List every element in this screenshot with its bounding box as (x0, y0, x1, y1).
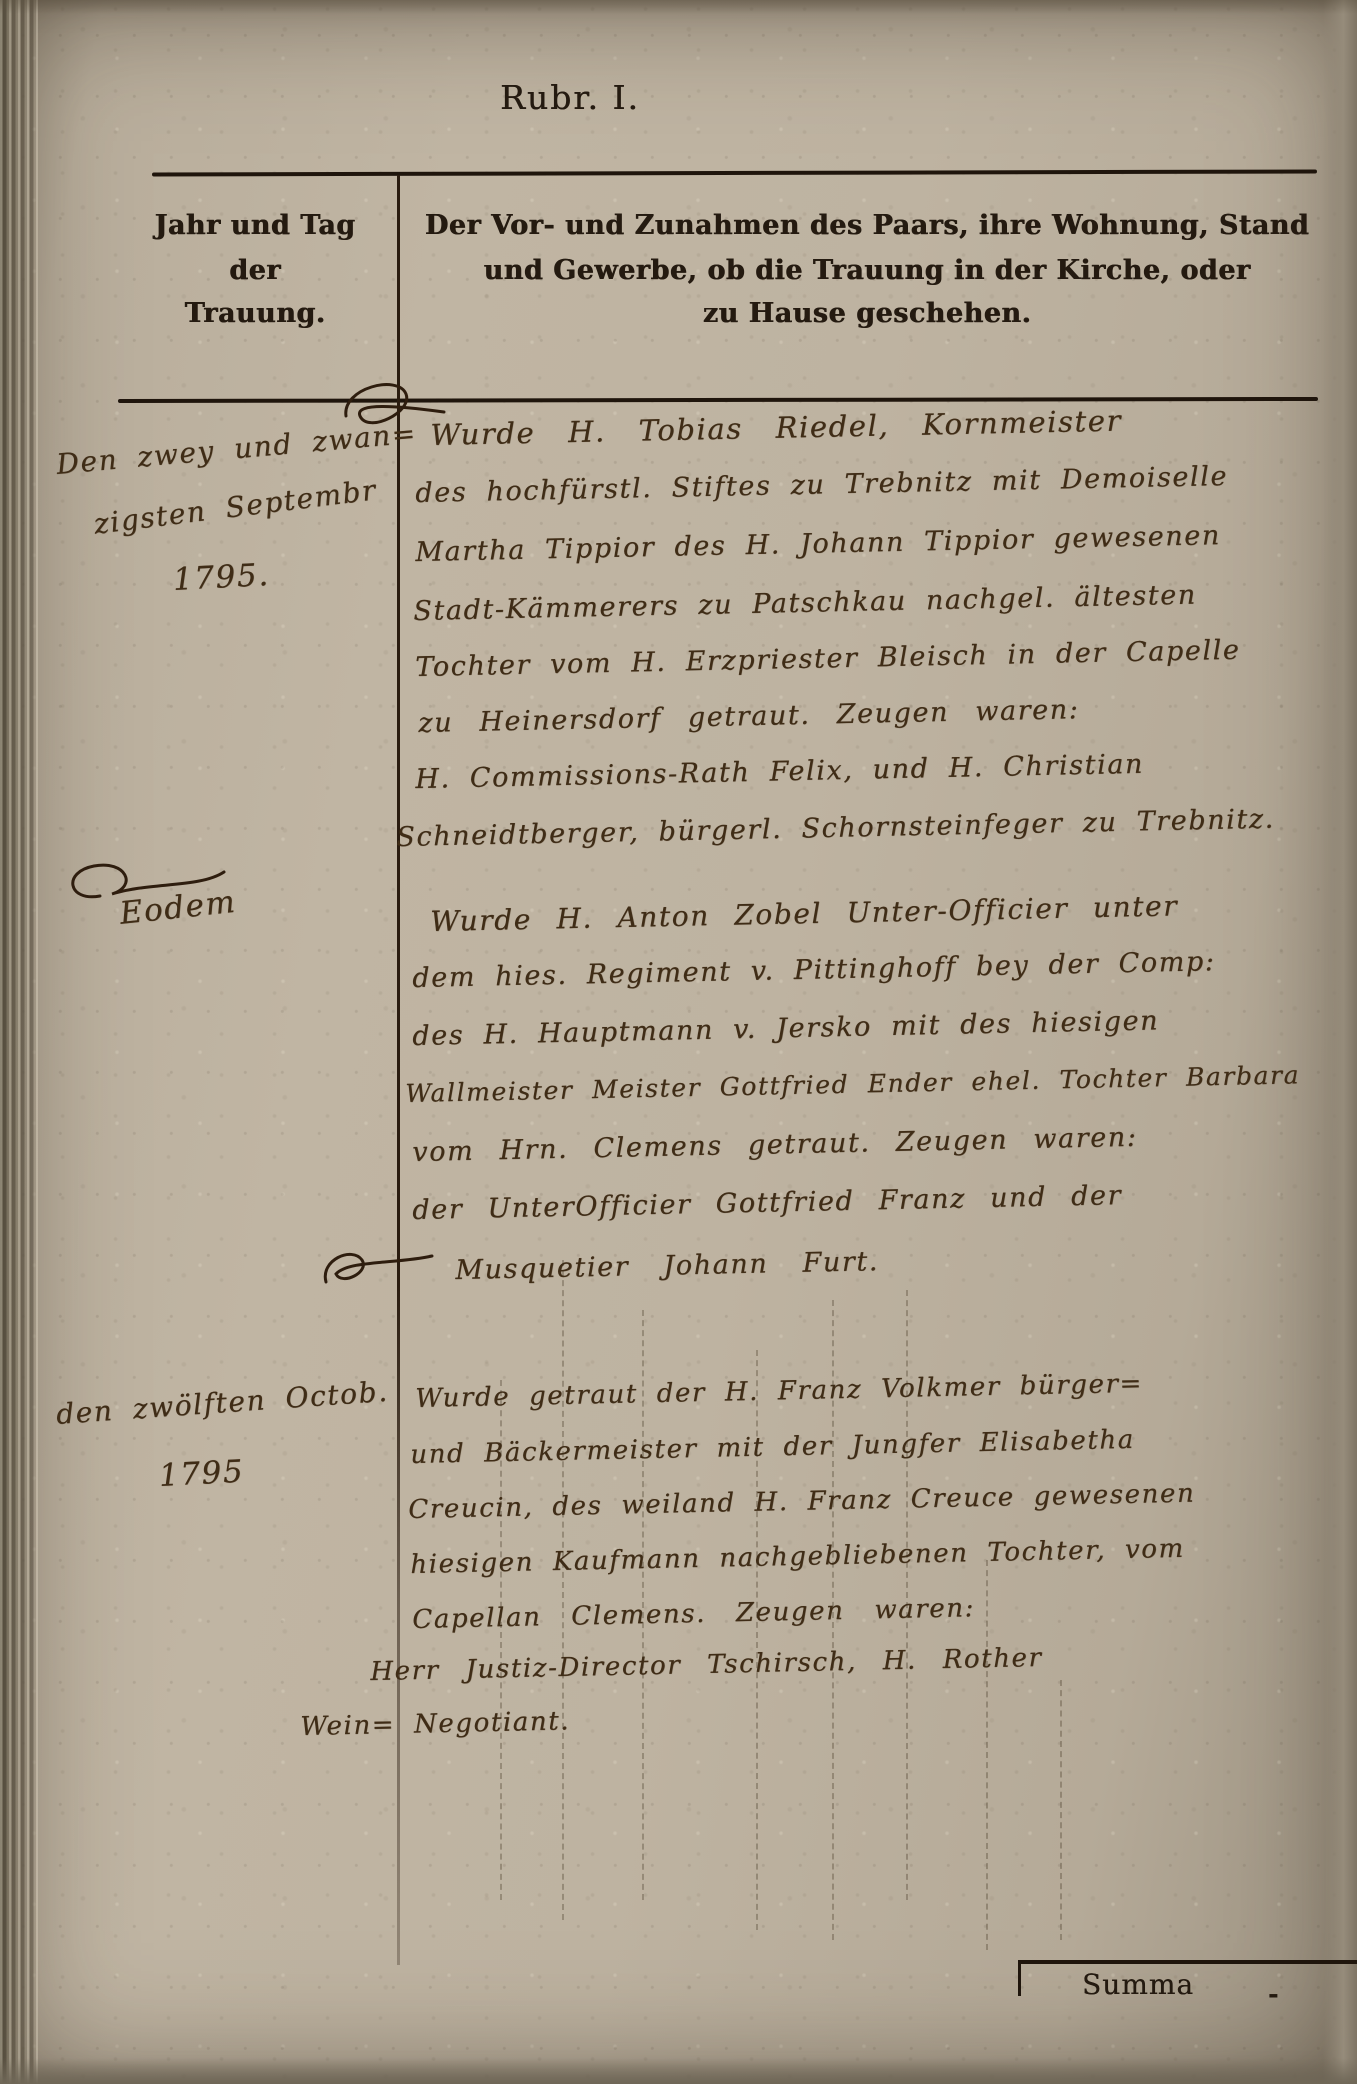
entry-2-body-line: Wurde H. Anton Zobel Unter-Officier unte… (430, 889, 1178, 938)
page-top-edge (0, 0, 1357, 14)
entry-1-body-line: Stadt-Kämmerers zu Patschkau nachgel. äl… (413, 580, 1197, 627)
paper-crease-line (500, 1380, 502, 1900)
paper-crease-line (562, 1260, 564, 1920)
ink-flourish (318, 1242, 438, 1292)
left-column-header-line3: Trauung. (130, 300, 380, 327)
entry-1-date-line: 1795. (172, 557, 271, 598)
entry-2-body-line: vom Hrn. Clemens getraut. Zeugen waren: (412, 1122, 1138, 1168)
paper-crease-line (642, 1310, 644, 1900)
paper-crease-line (1060, 1680, 1062, 1940)
entry-1-body-line: Martha Tippior des H. Johann Tippior gew… (415, 520, 1221, 568)
entry-1-body-line: Schneidtberger, bürgerl. Schornsteinfege… (396, 804, 1275, 853)
page-bottom-edge (0, 2058, 1357, 2084)
entry-2-body-line: Musquetier Johann Furt. (455, 1246, 879, 1286)
right-column-header-line3: zu Hause geschehen. (402, 300, 1332, 327)
summa-rule (1018, 1960, 1357, 1964)
scanned-register-page: Rubr. I. Jahr und Tag der Trauung. Der V… (0, 0, 1357, 2084)
entry-1-date-line: Den zwey und zwan= (55, 416, 418, 480)
entry-1-body-line: Tochter vom H. Erzpriester Bleisch in de… (415, 635, 1241, 683)
entry-3-body-line: Capellan Clemens. Zeugen waren: (412, 1593, 975, 1635)
entry-2-body-line: Wallmeister Meister Gottfried Ender ehel… (405, 1060, 1300, 1108)
header-bottom-rule (118, 397, 1318, 403)
entry-2-body-line: dem hies. Regiment v. Pittinghoff bey de… (412, 946, 1216, 994)
right-column-header-line1: Der Vor- und Zunahmen des Paars, ihre Wo… (402, 212, 1332, 239)
entry-1-body-line: zu Heinersdorf getraut. Zeugen waren: (418, 694, 1080, 739)
entry-1-body-line: Wurde H. Tobias Riedel, Kornmeister (430, 404, 1122, 452)
entry-3-body-line: Wein= Negotiant. (300, 1706, 570, 1742)
entry-1-date-line: zigsten Septembr (92, 473, 379, 540)
entry-3-body-line: Herr Justiz-Director Tschirsch, H. Rothe… (370, 1643, 1043, 1687)
summa-dash: - (1268, 1980, 1279, 2010)
entry-3-date-line: den zwölften Octob. (55, 1375, 390, 1431)
entry-3-body-line: hiesigen Kaufmann nachgebliebenen Tochte… (410, 1534, 1185, 1580)
entry-3-date-line: 1795 (158, 1454, 245, 1494)
summa-label: Summa (1082, 1968, 1194, 2001)
entry-1-body-line: H. Commissions-Rath Felix, und H. Christ… (415, 749, 1144, 795)
entry-2-body-line: der UnterOfficier Gottfried Franz und de… (412, 1180, 1122, 1226)
page-title: Rubr. I. (420, 78, 720, 117)
left-column-header-line2: der (130, 257, 380, 284)
paper-crease-line (756, 1350, 758, 1930)
entry-2-body-line: des H. Hauptmann v. Jersko mit des hiesi… (412, 1005, 1159, 1052)
right-column-header-line2: und Gewerbe, ob die Trauung in der Kirch… (402, 257, 1332, 284)
paper-crease-line (986, 1560, 988, 1950)
entry-3-body-line: und Bäckermeister mit der Jungfer Elisab… (410, 1425, 1135, 1470)
entry-1-body-line: des hochfürstl. Stiftes zu Trebnitz mit … (415, 461, 1228, 509)
book-binding-edge (0, 0, 38, 2084)
entry-3-body-line: Creucin, des weiland H. Franz Creuce gew… (408, 1479, 1196, 1525)
paper-crease-line (906, 1290, 908, 1900)
paper-crease-line (832, 1300, 834, 1940)
entry-3-body-line: Wurde getraut der H. Franz Volkmer bürge… (415, 1369, 1143, 1414)
header-top-rule (152, 169, 1317, 176)
summa-rule-tick (1018, 1960, 1021, 1996)
left-column-header-line1: Jahr und Tag (130, 212, 380, 239)
